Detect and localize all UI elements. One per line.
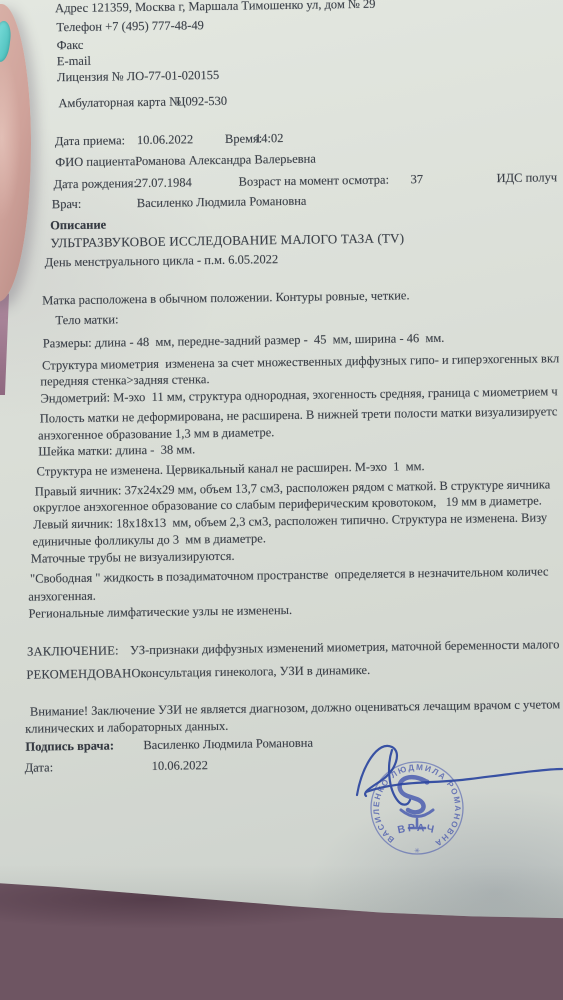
doctor-signature xyxy=(0,0,563,1000)
teal-fingernail xyxy=(0,20,12,63)
photo-of-ultrasound-report: Адрес 121359, Москва г, Маршала Тимошенк… xyxy=(0,0,563,1000)
